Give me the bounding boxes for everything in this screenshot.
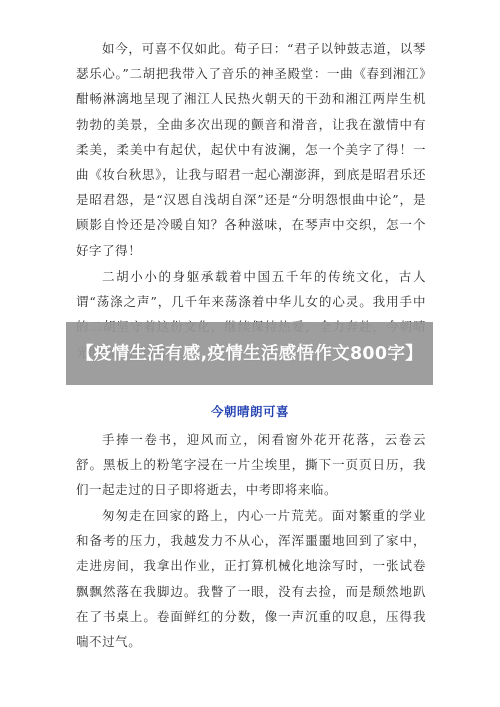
article-title: 【疫情生活有感,疫情生活感悟作文800字】 (70, 342, 430, 366)
title-banner: 【疫情生活有感,疫情生活感悟作文800字】 (66, 322, 433, 385)
paragraph-walking-home: 匆匆走在回家的路上，内心一片荒芜。面对繁重的学业和备考的压力，我越发力不从心，浑… (76, 503, 426, 654)
paragraph-book-in-hand: 手捧一卷书，迎风而立，闲看窗外花开花落，云卷云舒。黑板上的粉笔字浸在一片尘埃里，… (76, 427, 426, 503)
paragraph-music-hall: 如今，可喜不仅如此。荀子曰：“君子以钟鼓志道，以琴瑟乐心。”二胡把我带入了音乐的… (76, 36, 426, 263)
document-page: 如今，可喜不仅如此。荀子曰：“君子以钟鼓志道，以琴瑟乐心。”二胡把我带入了音乐的… (0, 0, 500, 707)
section-heading: 今朝晴朗可喜 (0, 402, 500, 420)
